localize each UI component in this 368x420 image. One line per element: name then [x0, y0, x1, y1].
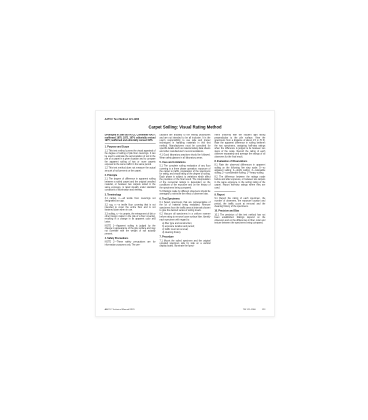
paragraph: cautions are ancillary to the testing pr… — [160, 134, 211, 153]
section-heading: 4. Safety Precautions — [105, 237, 156, 240]
list-item: d) cleaning history. — [162, 231, 210, 234]
paragraph: 1.2 This test method does not measure th… — [105, 167, 156, 172]
paragraph: mens uniformly with the incident light f… — [214, 134, 265, 158]
section-heading: 5. Uses and Limitations — [160, 161, 211, 164]
section-heading: 7. Procedure — [160, 236, 211, 239]
section-heading: 8. Evaluation of Observations — [214, 160, 265, 163]
intro-paragraph: Developed in 1966 by AATCC Committee RA5… — [105, 134, 156, 142]
paragraph: 5.2 Ratings made by different observers … — [160, 190, 211, 195]
paragraph: 8.1 Rate the observed differences in app… — [214, 164, 265, 175]
section-heading: 9. Report — [214, 194, 265, 197]
text-columns: Developed in 1966 by AATCC Committee RA5… — [105, 134, 266, 306]
paragraph: 6.2 Vacuum all specimens in a uniform ma… — [160, 213, 211, 221]
paragraph: 10.1 The precision of this test method h… — [214, 214, 265, 225]
footer-right-group: TM 121-1966 123 — [243, 308, 266, 310]
section-heading: 1. Purpose and Scope — [105, 146, 156, 149]
paragraph: 7.1 Mount the soiled specimen and the or… — [160, 240, 211, 248]
document-page: AATCC Test Method 121-1966 Carpet Soilin… — [95, 110, 275, 317]
paragraph: 3.3 soiling, n.—in carpets, the entrapme… — [105, 213, 156, 224]
note-paragraph: NOTE 1—Apparent soiling is judged by the… — [105, 225, 156, 236]
paragraph: 2.1 The degree of difference in apparent… — [105, 178, 156, 191]
paragraph: 5.1 The complete soiling evaluation of a… — [160, 165, 211, 189]
note-paragraph: NOTE 2—These safety precautions are for … — [105, 241, 156, 246]
method-header: AATCC Test Method 121-1966 — [105, 118, 266, 120]
footer-manual-name: AATCC Technical Manual/1976 — [105, 308, 135, 310]
paragraph: 9.1 Report the rating of each specimen, … — [214, 197, 265, 208]
section-heading: 6. Test Specimens — [160, 198, 211, 201]
section-heading: 10. Precision and Bias — [214, 210, 265, 213]
document-page-content: AATCC Test Method 121-1966 Carpet Soilin… — [96, 111, 274, 316]
page-footer: AATCC Technical Manual/1976 TM 121-1966 … — [105, 308, 266, 310]
paragraph: 1.1 This test method covers the visual a… — [105, 150, 156, 166]
section-heading: 3. Terminology — [105, 194, 156, 197]
section-heading: 2. Principle — [105, 174, 156, 177]
paragraph: 4.1 Good laboratory practices should be … — [160, 154, 211, 159]
paragraph: 3.1 carpet, n.—all textile floor coverin… — [105, 197, 156, 202]
text-column-right: mens uniformly with the incident light f… — [214, 134, 265, 306]
text-column-middle: cautions are ancillary to the testing pr… — [160, 134, 211, 306]
paragraph: 8.2 The difference between the ratings m… — [214, 176, 265, 189]
footer-page-number: 123 — [262, 308, 266, 310]
paragraph: 6.1 Select specimens that are representa… — [160, 201, 211, 212]
page-title: Carpet Soiling: Visual Rating Method — [105, 125, 266, 130]
text-column-left: Developed in 1966 by AATCC Committee RA5… — [105, 134, 156, 306]
paragraph: 3.2 rug, n.—a textile floor covering tha… — [105, 204, 156, 212]
footer-method-number: TM 121-1966 — [243, 308, 256, 310]
screenshot-canvas: AATCC Test Method 121-1966 Carpet Soilin… — [0, 0, 368, 420]
